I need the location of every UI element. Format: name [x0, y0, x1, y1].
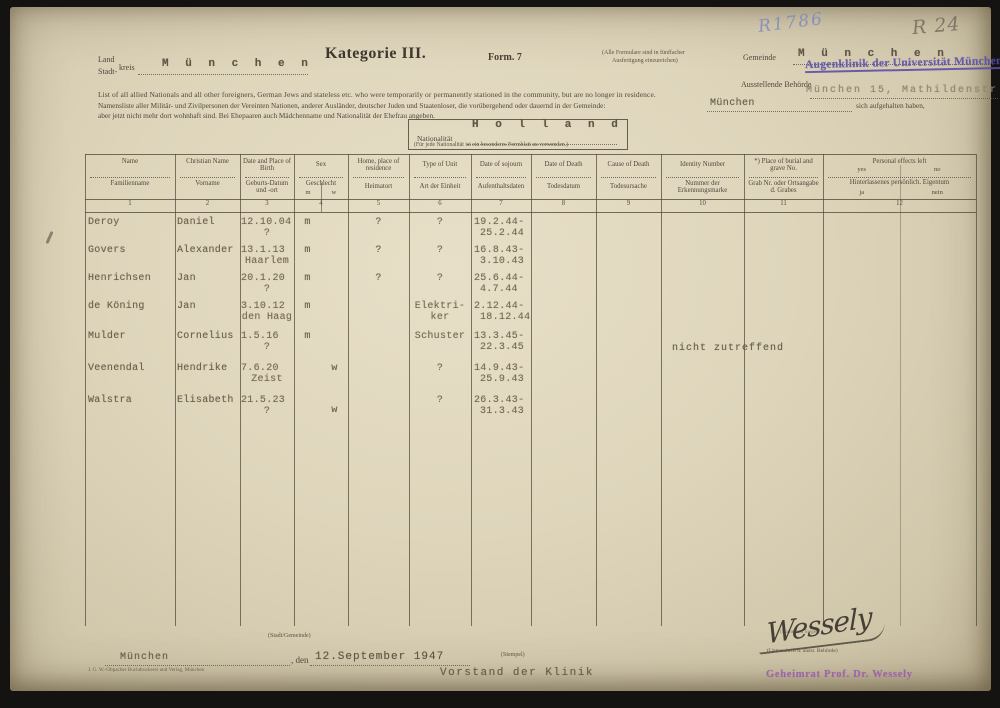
table-row-3: Henrichsen Jan 20.1.20? m ? ? 25.6.44-4.…	[10, 273, 1000, 299]
sex-w-label: w	[321, 189, 347, 196]
form-note-line2: Ausfertigung einzureichen)	[612, 58, 678, 64]
cell-firstname: Jan	[177, 301, 239, 312]
header-dotted-divider	[536, 177, 591, 178]
sex-m-label: m	[295, 189, 321, 196]
cell-sojourn: 14.9.43-25.9.43	[474, 363, 532, 385]
cell-sex-w: w	[321, 405, 348, 416]
col-number: 11	[745, 200, 822, 207]
table-row-5: Mulder Cornelius 1.5.16? m Schuster 13.3…	[10, 331, 1000, 357]
cell-sex-m: m	[294, 273, 321, 284]
form-number: Form. 7	[488, 52, 522, 63]
footer-city-typed: München	[120, 652, 169, 663]
form-note-line1: (Alle Formulare sind in fünffacher	[602, 50, 685, 56]
col-number: 9	[597, 200, 660, 207]
col-en-label: Identity Number	[663, 161, 742, 168]
cell-sex-m: m	[294, 245, 321, 256]
intro-dotted-line	[707, 110, 852, 112]
cell-home: ?	[348, 273, 409, 284]
cell-unit: ?	[410, 363, 470, 374]
cell-surname: Walstra	[88, 395, 173, 406]
col-number: 2	[176, 200, 239, 207]
col-header-christian-name: Christian Name Vorname	[176, 155, 239, 199]
cell-sojourn: 16.8.43-3.10.43	[474, 245, 532, 267]
authority-stamp: Augenklinik der Universität München	[805, 55, 1000, 73]
effects-nein-label: nein	[900, 189, 976, 196]
col-de-label: Todesursache	[598, 183, 659, 190]
pencil-annotation-2: R 24	[911, 13, 961, 39]
cell-firstname: Hendrike	[177, 363, 239, 374]
col-header-home: Home, place of residence Heimatort	[349, 155, 408, 199]
stempel-small-label: (Stempel)	[501, 652, 525, 658]
cell-home: ?	[348, 245, 409, 256]
header-dotted-divider	[476, 177, 526, 178]
sex-subheader: m w	[295, 189, 347, 196]
col-en-label: Date of sojourn	[473, 161, 529, 168]
cell-firstname: Daniel	[177, 217, 239, 228]
col-de-label: Heimatort	[350, 183, 407, 190]
land-label: Land	[98, 55, 114, 64]
header-dotted-divider	[749, 177, 818, 178]
cell-sojourn: 25.6.44-4.7.44	[474, 273, 532, 295]
col-header-name: Name Familienname	[86, 155, 174, 199]
footer-date-typed: 12.September 1947	[315, 651, 444, 663]
cell-sojourn: 2.12.44-18.12.44	[474, 301, 532, 323]
cell-firstname: Alexander	[177, 245, 239, 256]
effects-ja-label: ja	[824, 189, 900, 196]
col-header-unit: Type of Unit Art der Einheit	[410, 155, 470, 199]
header-dotted-divider	[353, 177, 404, 178]
stadt-label: Stadt-	[98, 67, 117, 76]
cell-sex-m: m	[294, 217, 321, 228]
table-row-1: Deroy Daniel 12.10.04? m ? ? 19.2.44-25.…	[10, 217, 1000, 243]
col-en-label: *) Place of burial and grave No.	[746, 158, 821, 173]
cell-surname: Mulder	[88, 331, 173, 342]
footer-date-dotted-line	[310, 664, 470, 666]
col-header-sex: Sex Geschlecht m w	[295, 155, 347, 199]
effects-no-label: no	[900, 166, 976, 173]
cell-birth: 21.5.23?	[241, 395, 293, 417]
table-row-7: Walstra Elisabeth 21.5.23? w ? 26.3.43-3…	[10, 395, 1000, 421]
cell-unit: ?	[410, 245, 470, 256]
col-de-label: Familienname	[87, 180, 173, 187]
col-de-label: Todesdatum	[533, 183, 594, 190]
cell-sex-m: m	[294, 331, 321, 342]
cell-surname: Deroy	[88, 217, 173, 228]
col-de-label: Hinterlassenes persönlich. Eigentum	[825, 179, 974, 186]
col-de-label: Aufenthaltsdaten	[473, 183, 529, 190]
effects-yes-label: yes	[824, 166, 900, 173]
cell-surname: Veenendal	[88, 363, 173, 374]
col-number: 3	[241, 200, 293, 207]
form-title: Kategorie III.	[325, 45, 426, 63]
stadt-gemeinde-small-label: (Stadt/Gemeinde)	[268, 633, 311, 639]
header-dotted-divider	[414, 177, 466, 178]
cell-home: ?	[348, 217, 409, 228]
col-number: 7	[472, 200, 530, 207]
col-header-burial: *) Place of burial and grave No. Grab Nr…	[745, 155, 822, 199]
cell-sojourn: 26.3.43-31.3.43	[474, 395, 532, 417]
col-number: 4	[295, 200, 347, 207]
cell-unit: Schuster	[410, 331, 470, 342]
cell-birth: 20.1.20?	[241, 273, 293, 295]
effects-en-subheader: yes no	[824, 166, 975, 173]
col-header-effects: Personal effects left yes no Hinterlasse…	[824, 155, 975, 199]
col-header-death-cause: Cause of Death Todesursache	[597, 155, 660, 199]
den-label: , den	[291, 655, 309, 665]
col-header-identity-number: Identity Number Nummer der Erkennungsmar…	[662, 155, 743, 199]
col-en-label: Home, place of residence	[350, 158, 407, 173]
col-header-birth: Date and Place of Birth Geburts-Datum un…	[241, 155, 293, 199]
col-en-label: Sex	[296, 161, 346, 168]
cell-sex-w: w	[321, 363, 348, 374]
behoerde-dotted-line	[810, 97, 998, 99]
header-dotted-divider	[180, 177, 235, 178]
col-en-label: Type of Unit	[411, 161, 469, 168]
col-number: 5	[349, 200, 408, 207]
cell-surname: Henrichsen	[88, 273, 173, 284]
intro-german-tail: sich aufgehalten haben,	[856, 101, 925, 110]
table-row-6: Veenendal Hendrike 7.6.20Zeist w ? 14.9.…	[10, 363, 1000, 389]
col-en-label: Date of Death	[533, 161, 594, 168]
header-dotted-divider	[601, 177, 656, 178]
col-de-label: Vorname	[177, 180, 238, 187]
wessely-stamp: Geheimrat Prof. Dr. Wessely	[766, 669, 913, 680]
scanned-document: Land Stadt- kreis M ü n c h e n Kategori…	[0, 0, 1000, 708]
col-number: 10	[662, 200, 743, 207]
cell-sojourn: 19.2.44-25.2.44	[474, 217, 532, 239]
header-dotted-divider	[828, 177, 971, 178]
cell-firstname: Elisabeth	[177, 395, 239, 406]
cell-birth: 13.1.13Haarlem	[241, 245, 293, 267]
klinik-typed: Vorstand der Klinik	[440, 667, 594, 679]
table-annotation: nicht zutreffend	[672, 343, 784, 354]
intro-english: List of all allied Nationals and all oth…	[98, 90, 656, 99]
col-en-label: Date and Place of Birth	[242, 158, 292, 173]
gemeinde-label: Gemeinde	[743, 53, 776, 62]
cell-surname: de Köning	[88, 301, 173, 312]
col-number: 1	[86, 200, 174, 207]
printer-imprint: J. G. W.-Obpacher Buchdruckerei und Verl…	[88, 667, 204, 673]
cell-surname: Govers	[88, 245, 173, 256]
form-page: Land Stadt- kreis M ü n c h e n Kategori…	[10, 7, 991, 691]
table-row-4: de Köning Jan 3.10.12den Haag m Elektri-…	[10, 301, 1000, 327]
cell-unit: ?	[410, 217, 470, 228]
effects-de-subheader: ja nein	[824, 189, 975, 196]
col-header-death-date: Date of Death Todesdatum	[532, 155, 595, 199]
behoerde-address-typed: München 15, Mathildenstr.2a	[806, 85, 1000, 96]
intro-german-line2: aber jetzt nicht mehr dort wohnhaft sind…	[98, 111, 435, 120]
col-en-label: Christian Name	[177, 158, 238, 165]
pencil-annotation-1: R1786	[757, 9, 825, 37]
col-number: 8	[532, 200, 595, 207]
table-row-2: Govers Alexander 13.1.13Haarlem m ? ? 16…	[10, 245, 1000, 271]
col-number: 12	[824, 200, 975, 207]
col-number: 6	[410, 200, 470, 207]
cell-sojourn: 13.3.45-22.3.45	[474, 331, 532, 353]
header-dotted-divider	[245, 177, 289, 178]
col-header-sojourn: Date of sojourn Aufenthaltsdaten	[472, 155, 530, 199]
col-de-label: Geschlecht	[296, 180, 346, 187]
cell-birth: 12.10.04?	[241, 217, 293, 239]
col-en-label: Cause of Death	[598, 161, 659, 168]
cell-unit: ?	[410, 395, 470, 406]
footer-city-dotted-line	[105, 664, 290, 666]
header-dotted-divider	[299, 177, 343, 178]
col-de-label: Geburts-Datum und -ort	[242, 180, 292, 195]
intro-german-start: Namensliste aller Militär- und Zivilpers…	[98, 101, 605, 110]
cell-unit: ?	[410, 273, 470, 284]
cell-firstname: Cornelius	[177, 331, 239, 342]
cell-firstname: Jan	[177, 273, 239, 284]
nationality-note: (Für jede Nationalität ist ein besondere…	[414, 142, 568, 148]
col-en-label: Name	[87, 158, 173, 165]
col-de-label: Nummer der Erkennungsmarke	[663, 180, 742, 195]
behoerde-label: Ausstellende Behörde	[741, 80, 811, 89]
cell-sex-m: m	[294, 301, 321, 312]
signature-under-small-label: (Unterschrift d. ausst. Behörde)	[767, 648, 838, 654]
header-dotted-divider	[666, 177, 739, 178]
nationality-value-typed: H o l l a n d	[472, 119, 623, 131]
kreis-label: kreis	[119, 63, 135, 72]
col-de-label: Art der Einheit	[411, 183, 469, 190]
col-en-label: Personal effects left	[825, 158, 974, 165]
col-de-label: Grab Nr. oder Ortsangabe d. Grabes	[746, 180, 821, 195]
cell-birth: 3.10.12den Haag	[241, 301, 293, 323]
intro-german-city-typed: München	[710, 98, 755, 109]
cell-birth: 1.5.16?	[241, 331, 293, 353]
cell-unit: Elektri-ker	[410, 301, 470, 323]
cell-birth: 7.6.20Zeist	[241, 363, 293, 385]
header-dotted-divider	[90, 177, 170, 178]
city-dotted-line	[138, 73, 308, 75]
city-typed: M ü n c h e n	[162, 58, 313, 70]
